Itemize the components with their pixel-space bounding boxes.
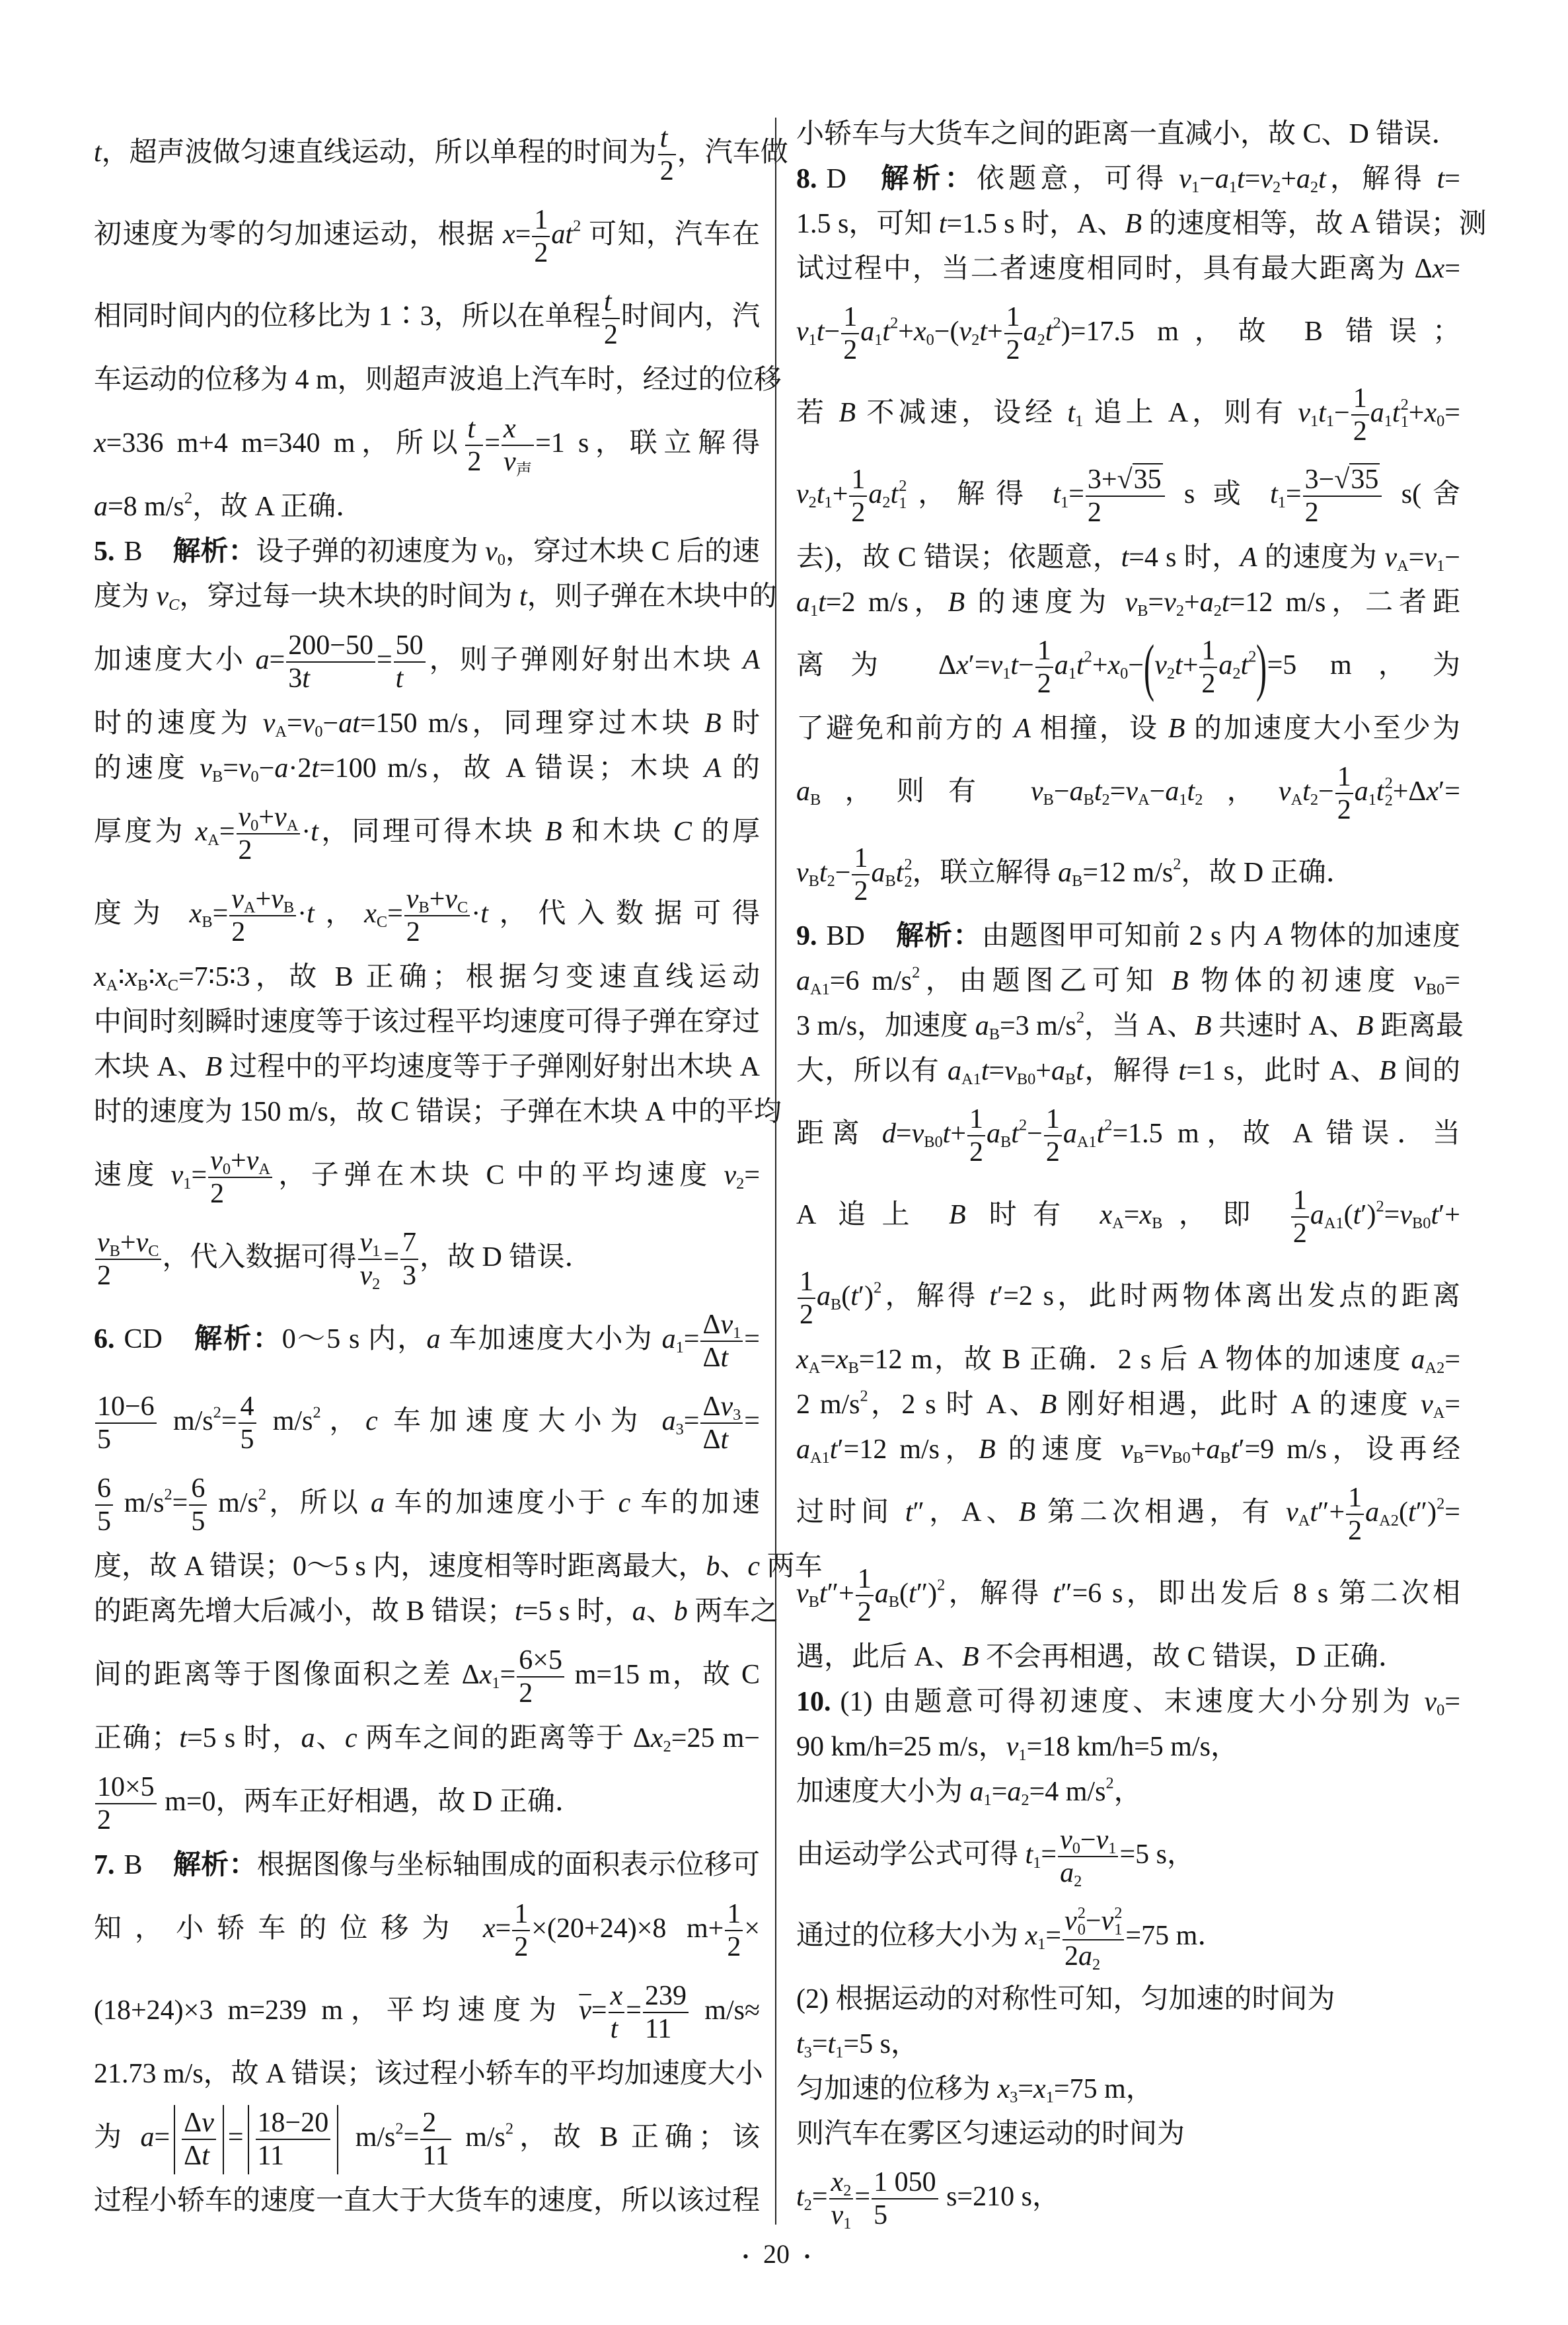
- subscript: A: [809, 1359, 821, 1377]
- denominator: 2: [1335, 794, 1353, 825]
- math-variable: t: [817, 479, 825, 509]
- text-line: (18+24)×3 m=239 m，平均速度为 v=xt=23911 m/s≈: [94, 1970, 760, 2051]
- subscript: 1: [1061, 494, 1068, 511]
- subscript: 0: [926, 331, 934, 349]
- math-variable: t: [720, 1424, 728, 1455]
- denominator: 2: [849, 497, 867, 528]
- text-line: vB+vC2，代入数据可得v1v2=73，故 D 错误．: [94, 1216, 760, 1298]
- answer-choice: BD: [827, 921, 865, 951]
- text-line: 匀加速的位移为 x3=x1=75 m，: [796, 2067, 1460, 2112]
- subscript: 2: [904, 873, 912, 891]
- math-variable: t: [850, 1281, 858, 1311]
- math-variable: B: [949, 1200, 966, 1230]
- sub-superscript: 20: [1078, 1905, 1086, 1938]
- subscript: 2: [843, 2182, 851, 2199]
- subscript: 2: [809, 494, 817, 511]
- subscript: C: [168, 977, 178, 994]
- answer-choice: D: [827, 164, 846, 194]
- subscript: B: [418, 899, 429, 916]
- math-variable: x: [190, 899, 202, 929]
- subscript: B0: [1412, 1214, 1431, 1232]
- math-variable: t: [818, 587, 826, 618]
- math-variable: x: [1026, 1921, 1038, 1951]
- text-line: x=336 m+4 m=340 m，所以t2=xv声=1 s，联立解得: [94, 402, 760, 484]
- math-variable: B: [1195, 1011, 1212, 1041]
- math-variable: B: [545, 817, 562, 847]
- subscript: B: [1133, 1449, 1144, 1467]
- math-variable: v: [271, 884, 283, 914]
- sub-superscript: 21: [1401, 396, 1409, 430]
- fraction: v0+vA2: [237, 802, 301, 866]
- math-variable: v: [1286, 1497, 1298, 1528]
- subscript: A: [1433, 1404, 1445, 1422]
- numerator: 1: [1199, 636, 1217, 668]
- subscript: A: [1112, 1214, 1124, 1232]
- fraction: 12: [1035, 636, 1053, 699]
- denominator: 2: [852, 875, 870, 906]
- math-variable: t: [202, 2141, 209, 2171]
- math-variable: x: [1100, 1200, 1113, 1230]
- fraction: ΔvΔt: [182, 2108, 216, 2171]
- numerator: t: [602, 287, 620, 319]
- subscript: 0: [498, 551, 505, 569]
- math-variable: x: [651, 1723, 663, 1753]
- subscript: 0: [223, 1160, 231, 1178]
- math-variable: a: [970, 1777, 984, 1807]
- fraction: vB+vC2: [404, 884, 470, 947]
- math-variable: t: [1318, 164, 1326, 194]
- text-line: 正确；t=5 s 时，a、c 两车之间的距离等于 Δx2=25 m−: [94, 1716, 760, 1761]
- denominator: 3: [400, 1260, 418, 1291]
- denominator: 2a2: [1063, 1940, 1124, 1972]
- math-variable: t: [1222, 587, 1230, 618]
- numerator: v0+vA: [237, 802, 301, 834]
- subscript: 1: [984, 1791, 992, 1809]
- subscript: 1: [1033, 1854, 1041, 1872]
- subscript: B: [809, 1593, 819, 1611]
- math-variable: t: [1026, 1839, 1033, 1870]
- denominator: 5: [872, 2199, 938, 2231]
- subscript: 2: [1232, 665, 1240, 683]
- math-variable: x: [155, 962, 168, 992]
- text-line: t3=t1=5 s，: [796, 2022, 1460, 2067]
- subscript: A: [1138, 791, 1150, 809]
- math-variable: v: [990, 650, 1003, 681]
- subscript: A2: [1379, 1512, 1399, 1530]
- denominator: 2: [1004, 334, 1022, 365]
- text-line: 去)，故 C 错误；依题意，t=4 s 时，A 的速度为 vA=v1−: [796, 535, 1460, 580]
- text-line: (2) 根据运动的对称性可知，匀加速的时间为: [796, 1977, 1460, 2022]
- numerator: 1: [798, 1267, 815, 1299]
- math-variable: t: [396, 663, 404, 694]
- math-variable: a: [1296, 164, 1310, 194]
- question-7-continued: 小轿车与大货车之间的距离一直减小，故 C、D 错误．: [796, 112, 1460, 157]
- math-variable: v: [1400, 1200, 1412, 1230]
- math-variable: at: [551, 219, 573, 250]
- math-variable: v: [360, 1261, 373, 1291]
- subscript: A: [106, 977, 118, 994]
- math-variable: v: [239, 802, 251, 832]
- subscript: 2: [1310, 791, 1318, 809]
- math-variable: c: [345, 1723, 357, 1753]
- fraction: 65: [189, 1473, 207, 1537]
- subscript: 1: [1368, 791, 1376, 809]
- math-variable: t: [1392, 398, 1400, 428]
- subscript: C: [377, 913, 387, 931]
- square-root: √35: [1117, 463, 1163, 495]
- line-text: 根据图像与坐标轴围成的面积表示位移可: [257, 1850, 760, 1880]
- subscript: 2: [804, 2196, 812, 2214]
- math-variable: t: [660, 123, 668, 153]
- subscript: 1: [1229, 178, 1237, 196]
- numerator: 1: [1004, 302, 1022, 334]
- superscript: 2: [213, 1404, 221, 1422]
- subscript: 1: [1018, 1746, 1026, 1764]
- question-number: 8.: [796, 164, 817, 194]
- column-divider: [775, 118, 776, 2225]
- math-variable: v: [1421, 1389, 1433, 1420]
- math-variable: v: [1004, 1056, 1017, 1086]
- subscript: 1: [899, 495, 907, 512]
- fraction: 23911: [643, 1981, 689, 2044]
- math-variable: A: [743, 645, 760, 675]
- mean-bar: v: [579, 1995, 591, 2026]
- math-variable: t: [891, 479, 899, 509]
- math-variable: t: [1310, 1497, 1318, 1528]
- superscript: 2: [1105, 1775, 1113, 1792]
- superscript: 2: [1084, 648, 1092, 666]
- math-variable: v: [912, 1119, 924, 1149]
- numerator: 1: [1335, 762, 1353, 794]
- subscript: B: [212, 768, 223, 786]
- text-line: 了避免和前方的 A 相撞，设 B 的加速度大小至少为: [796, 706, 1460, 751]
- subscript: A: [1291, 791, 1303, 809]
- math-variable: t: [828, 2029, 836, 2059]
- subscript: B0: [1172, 1449, 1190, 1467]
- subscript: 1: [492, 1674, 500, 1692]
- superscript: 2: [937, 1576, 945, 1594]
- math-variable: t: [179, 1723, 187, 1753]
- superscript: 2: [1053, 314, 1061, 332]
- text-line: aB，则有 vB−aBt2=vA−a1t2，vAt2−12a1t22+Δx′=: [796, 751, 1460, 832]
- subscript: 2: [1273, 178, 1281, 196]
- question-heading-line: 7.B解析：根据图像与坐标轴围成的面积表示位移可: [94, 1843, 760, 1888]
- subscript: 3: [676, 1421, 684, 1438]
- math-variable: a: [796, 966, 810, 996]
- question-heading-line: 10.(1) 由题意可得初速度、末速度大小分别为 v0=: [796, 1679, 1460, 1724]
- numerator: 6: [95, 1473, 113, 1506]
- subscript: B: [1065, 1070, 1076, 1088]
- text-line: vBt″+12aB(t″)2，解得 t″=6 s，即出发后 8 s 第二次相: [796, 1553, 1460, 1635]
- text-line: 2 m/s2，2 s 时 A、B 刚好相遇，此时 A 的速度 vA=: [796, 1382, 1460, 1427]
- math-variable: a: [948, 1056, 961, 1086]
- subscript: 1: [1278, 494, 1286, 511]
- subscript: B: [1152, 1214, 1162, 1232]
- subscript: 1: [843, 2215, 851, 2233]
- math-variable: v: [200, 753, 212, 784]
- math-variable: v: [720, 1310, 733, 1340]
- denominator: 2: [841, 334, 859, 365]
- fraction: 12: [1335, 762, 1353, 825]
- text-line: 为 a=ΔvΔt=18−2011 m/s2=211 m/s2，故 B 正确；该: [94, 2096, 760, 2178]
- math-variable: v: [579, 1995, 591, 2026]
- superscript: 2: [1385, 775, 1393, 792]
- math-variable: t: [1010, 650, 1018, 681]
- subscript: 1: [1114, 1921, 1122, 1938]
- subscript: 1: [183, 1175, 191, 1193]
- numerator: v1: [358, 1228, 383, 1260]
- text-line: xA∶xB∶xC=7∶5∶3，故 B 正确；根据匀变速直线运动: [94, 955, 760, 1000]
- radicand: 35: [1133, 463, 1163, 495]
- text-line: 相同时间内的位移比为 1∶3，所以在单程t2时间内，汽: [94, 276, 760, 357]
- subscript: 2: [372, 1275, 380, 1293]
- math-variable: A: [704, 753, 722, 784]
- subscript: 1: [1046, 2088, 1054, 2106]
- superscript: 2: [505, 2120, 513, 2138]
- text-line: t2=x2v1=1 0505 s=210 s，: [796, 2157, 1460, 2238]
- math-variable: t: [519, 581, 527, 612]
- subscript: B: [1084, 791, 1094, 809]
- numerator: 1: [532, 205, 550, 237]
- fraction: 45: [239, 1391, 256, 1455]
- denominator: 5: [95, 1424, 157, 1455]
- text-line: 21.73 m/s，故 A 错误；该过程小轿车的平均加速度大小: [94, 2051, 760, 2096]
- numerator: 239: [643, 1981, 689, 2013]
- math-variable: v: [274, 802, 287, 832]
- subscript: B: [283, 899, 294, 916]
- subscript: 1: [1002, 665, 1010, 683]
- fraction: 12: [856, 1564, 874, 1627]
- math-variable: A: [1014, 714, 1031, 744]
- numerator: v0+vA: [208, 1146, 272, 1178]
- line-text: (1) 由题意可得初速度、末速度大小分别为 v0=: [840, 1687, 1461, 1717]
- subscript: 1: [1401, 414, 1409, 431]
- numerator: Δv: [182, 2108, 216, 2140]
- math-variable: t: [1302, 776, 1310, 807]
- analysis-label: 解析：: [193, 1324, 282, 1354]
- math-variable: v: [246, 1146, 259, 1176]
- text-line: 12aB(t′)2，解得 t′=2 s，此时两物体离出发点的距离: [796, 1256, 1460, 1337]
- math-variable: t: [94, 137, 102, 168]
- subscript: A1: [1077, 1133, 1097, 1151]
- subscript: B: [1137, 602, 1148, 620]
- text-line: 过时间 t″，A、B 第二次相遇，有 vAt″+12aA2(t″)2=: [796, 1472, 1460, 1553]
- math-variable: v: [1064, 1905, 1077, 1936]
- denominator: 11: [420, 2140, 451, 2171]
- subscript: 2: [1195, 791, 1203, 809]
- subscript: 3: [733, 1406, 741, 1424]
- line-text: 依题意，可得 v1−a1t=v2+a2t，解得 t=: [977, 164, 1460, 194]
- text-line: 度为 vC，穿过每一块木块的时间为 t，则子弹在木块中的: [94, 574, 760, 619]
- denominator: 2: [1044, 1136, 1062, 1167]
- fraction: 65: [95, 1473, 113, 1537]
- numerator: 10×5: [95, 1772, 157, 1804]
- subscript: 1: [1384, 412, 1392, 430]
- text-line: 通过的位移大小为 x1=v20−v212a2=75 m．: [796, 1896, 1460, 1977]
- math-variable: a: [1355, 776, 1368, 807]
- math-variable: v: [303, 708, 315, 739]
- math-variable: t: [1353, 1200, 1361, 1230]
- page-number: 20: [763, 2239, 790, 2269]
- math-variable: v: [1125, 776, 1138, 807]
- numerator: 50: [394, 630, 426, 663]
- math-variable: C: [673, 817, 692, 847]
- subscript: 0: [1078, 1921, 1086, 1938]
- superscript: 2: [164, 1486, 172, 1504]
- text-line: 10−65 m/s2=45 m/s2，c 车加速度大小为 a3=Δv3Δt=: [94, 1380, 760, 1462]
- subscript: 1: [1179, 791, 1187, 809]
- denominator: 2: [517, 1678, 564, 1709]
- math-variable: t: [817, 316, 825, 347]
- fraction: 6×52: [517, 1645, 564, 1709]
- superscript: 2: [1114, 1905, 1122, 1922]
- subscript: B: [885, 872, 895, 890]
- fraction: 12: [532, 205, 550, 268]
- math-variable: c: [747, 1551, 760, 1582]
- math-variable: a: [796, 1434, 810, 1465]
- superscript: 2: [899, 478, 907, 495]
- fraction: 12: [798, 1267, 815, 1330]
- superscript: 2: [860, 1387, 868, 1405]
- text-line: 遇，此后 A、B 不会再相遇，故 C 错误，D 正确．: [796, 1635, 1460, 1679]
- math-variable: t: [1121, 542, 1129, 573]
- math-variable: t: [981, 1056, 989, 1086]
- math-variable: B: [1019, 1497, 1036, 1528]
- fraction: 73: [400, 1228, 418, 1291]
- denominator: 2: [229, 916, 296, 947]
- math-variable: v: [1125, 587, 1138, 618]
- text-line: 时的速度为 vA=v0−at=150 m/s，同理穿过木块 B 时: [94, 701, 760, 746]
- math-variable: v: [1006, 1732, 1019, 1762]
- math-variable: a: [875, 1578, 889, 1609]
- denominator: v2: [358, 1260, 383, 1291]
- math-variable: a: [1055, 650, 1068, 681]
- text-line: t，超声波做匀速直线运动，所以单程的时间为t2，汽车做: [94, 112, 760, 194]
- superscript: 2: [1248, 648, 1256, 666]
- fraction: 10−65: [95, 1391, 157, 1455]
- math-variable: v: [1424, 542, 1437, 573]
- math-variable: a: [1365, 1497, 1379, 1528]
- math-variable: x: [611, 1981, 623, 2011]
- math-variable: t: [604, 287, 612, 317]
- numerator: v20−v21: [1063, 1905, 1124, 1940]
- math-variable: v: [406, 884, 419, 914]
- math-variable: t: [796, 2182, 804, 2212]
- math-variable: B: [962, 1642, 979, 1672]
- numerator: vB+vC: [404, 884, 470, 916]
- answer-choice: CD: [124, 1324, 163, 1354]
- question-heading-line: 9.BD解析：由题图甲可知前 2 s 内 A 物体的加速度: [796, 914, 1460, 959]
- math-variable: t: [989, 1281, 997, 1311]
- subscript: A1: [1324, 1214, 1344, 1232]
- numerator: 6: [189, 1473, 207, 1506]
- subscript: B: [137, 977, 148, 994]
- superscript: 2: [573, 217, 581, 235]
- numerator: 3+√35: [1086, 464, 1165, 497]
- math-variable: v: [97, 1228, 110, 1258]
- denominator: 2: [1199, 668, 1217, 699]
- subscript: 0: [315, 723, 322, 741]
- text-line: 速度 v1=v0+vA2，子弹在木块 C 中的平均速度 v2=: [94, 1134, 760, 1216]
- subscript: C: [168, 596, 179, 614]
- numerator: 10−6: [95, 1391, 157, 1424]
- text-line: 初速度为零的匀加速运动，根据 x=12at2 可知，汽车在: [94, 194, 760, 276]
- math-variable: t: [909, 1578, 916, 1609]
- fraction: 3−√352: [1303, 464, 1382, 528]
- math-variable: v: [796, 858, 809, 888]
- math-variable: v: [445, 884, 457, 914]
- text-line: a1t=2 m/s，B 的速度为 vB=v2+a2t=12 m/s，二者距: [796, 580, 1460, 625]
- math-variable: t: [830, 1434, 838, 1465]
- subscript: 2: [882, 494, 890, 511]
- subscript: B: [809, 872, 819, 890]
- superscript: 2: [1019, 1117, 1027, 1134]
- math-variable: v: [1298, 398, 1310, 428]
- math-variable: v: [1154, 650, 1167, 681]
- numerator: 1: [1044, 1104, 1062, 1136]
- answer-choice: B: [124, 536, 143, 567]
- math-variable: a: [796, 776, 810, 807]
- text-line: 离为 Δx′=v1t−12a1t2+x0−(v2t+12a2t2)=5 m，为: [796, 625, 1460, 706]
- subscript: A1: [810, 1449, 830, 1467]
- denominator: 2: [798, 1299, 815, 1330]
- fraction: 12: [841, 302, 859, 365]
- fraction: 10×52: [95, 1772, 157, 1835]
- math-variable: t: [1179, 1056, 1187, 1086]
- subscript: 3: [1010, 2088, 1018, 2106]
- math-variable: t: [720, 1343, 728, 1373]
- numerator: 1: [967, 1104, 985, 1136]
- numerator: 18−20: [256, 2108, 331, 2140]
- subscript: A: [244, 899, 256, 916]
- fraction: 200−503t: [286, 630, 375, 694]
- text-line: 由运动学公式可得 t1=v0−v1a2=5 s，: [796, 1814, 1460, 1896]
- question-10: 10.(1) 由题意可得初速度、末速度大小分别为 v0= 90 km/h=25 …: [796, 1679, 1460, 2238]
- text-line: xA=xB=12 m，故 B 正确．2 s 后 A 物体的加速度 aA2=: [796, 1337, 1460, 1382]
- fraction: 18−2011: [256, 2108, 331, 2171]
- subscript: B: [1043, 791, 1054, 809]
- fraction: 12: [1351, 383, 1369, 447]
- math-variable: v: [720, 1391, 733, 1422]
- text-line: 度，故 A 错误；0～5 s 内，速度相等时距离最大，b、c 两车: [94, 1544, 760, 1589]
- numerator: 1 050: [872, 2167, 938, 2199]
- math-variable: v: [171, 1160, 184, 1191]
- analysis-label: 解析：: [895, 921, 982, 951]
- math-variable: v: [485, 536, 498, 567]
- math-variable: t: [311, 817, 318, 847]
- text-line: 1.5 s，可知 t=1.5 s 时，A、B 的速度相等，故 A 错误；测: [796, 202, 1460, 246]
- math-variable: x: [94, 962, 106, 992]
- text-line: a=8 m/s2，故 A 正确．: [94, 484, 760, 529]
- big-paren-left: (: [1144, 636, 1154, 700]
- math-variable: x: [1433, 254, 1445, 284]
- subscript: 2: [736, 1175, 744, 1193]
- subscript: A: [207, 831, 219, 849]
- math-variable: B: [839, 398, 856, 428]
- subscript: B0: [1426, 980, 1444, 998]
- subscript: 2: [1167, 665, 1175, 683]
- subscript: 0: [1437, 412, 1444, 430]
- math-variable: t: [979, 316, 987, 347]
- denominator: 2: [532, 237, 550, 268]
- math-variable: t: [1237, 164, 1245, 194]
- text-line: 小轿车与大货车之间的距离一直减小，故 C、D 错误．: [796, 112, 1460, 157]
- subscript: 2: [1074, 1872, 1082, 1890]
- math-variable: x: [796, 1345, 809, 1375]
- superscript: 2: [313, 1404, 320, 1422]
- math-variable: a: [662, 1324, 676, 1354]
- denominator: Δt: [182, 2140, 216, 2171]
